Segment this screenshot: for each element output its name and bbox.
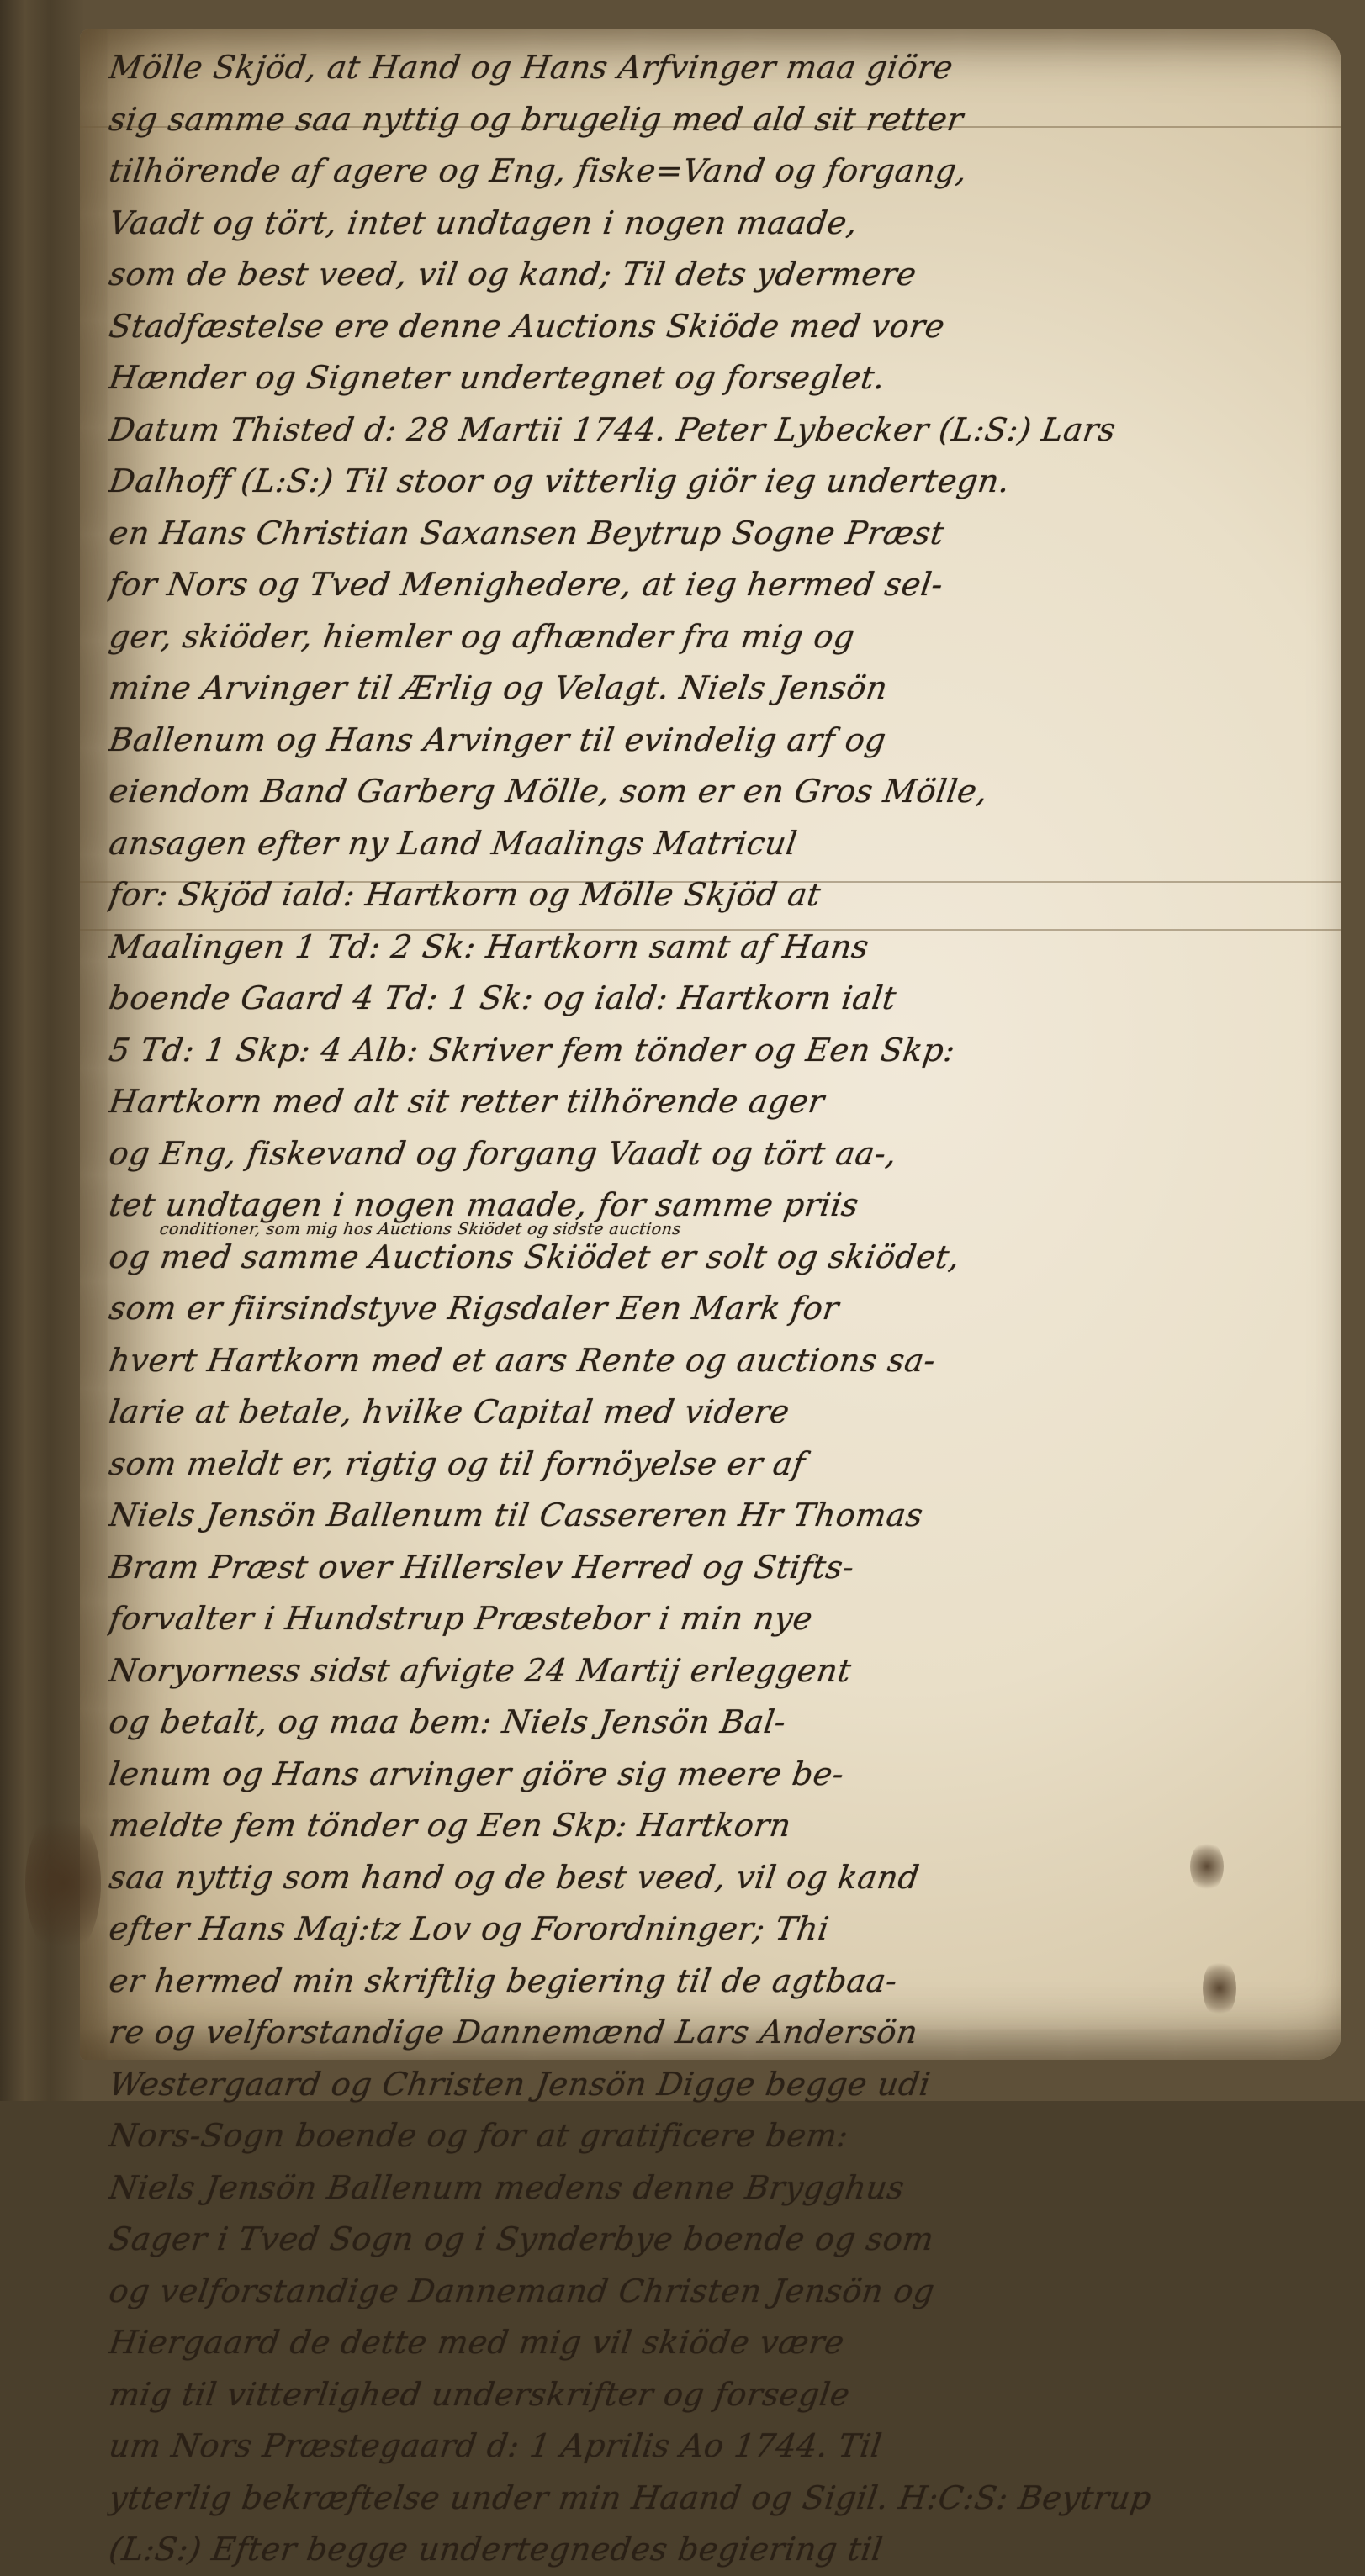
- text-line: Maalingen 1 Td: 2 Sk: Hartkorn samt af H…: [106, 921, 1350, 974]
- text-line: re og velforstandige Dannemænd Lars Ande…: [106, 2007, 1350, 2059]
- text-line: Noryorness sidst afvigte 24 Martij erleg…: [106, 1645, 1350, 1697]
- text-line: en Hans Christian Saxansen Beytrup Sogne…: [106, 508, 1350, 560]
- text-line: Datum Thisted d: 28 Martii 1744. Peter L…: [106, 404, 1350, 457]
- text-line: og Eng, fiskevand og forgang Vaadt og tö…: [106, 1128, 1350, 1180]
- text-line: tilhörende af agere og Eng, fiske=Vand o…: [106, 145, 1350, 198]
- text-line: Vaadt og tört, intet undtagen i nogen ma…: [106, 198, 1350, 250]
- text-line: 5 Td: 1 Skp: 4 Alb: Skriver fem tönder o…: [106, 1025, 1350, 1077]
- text-line: Niels Jensön Ballenum til Cassereren Hr …: [106, 1490, 1350, 1542]
- text-line: eiendom Band Garberg Mölle, som er en Gr…: [106, 766, 1350, 818]
- text-line: for: Skjöd iald: Hartkorn og Mölle Skjöd…: [106, 869, 1350, 921]
- text-line: som de best veed, vil og kand; Til dets …: [106, 249, 1350, 301]
- text-line: mine Arvinger til Ærlig og Velagt. Niels…: [106, 662, 1350, 715]
- text-line: som meldt er, rigtig og til fornöyelse e…: [106, 1438, 1350, 1491]
- text-line: saa nyttig som hand og de best veed, vil…: [106, 1852, 1350, 1904]
- text-line: hvert Hartkorn med et aars Rente og auct…: [106, 1335, 1350, 1387]
- text-line: og betalt, og maa bem: Niels Jensön Bal-: [106, 1697, 1350, 1749]
- text-line: sig samme saa nyttig og brugelig med ald…: [106, 94, 1350, 146]
- text-line: Westergaard og Christen Jensön Digge beg…: [106, 2059, 1350, 2102]
- text-line: boende Gaard 4 Td: 1 Sk: og iald: Hartko…: [106, 973, 1350, 1025]
- text-line: Mölle Skjöd, at Hand og Hans Arfvinger m…: [106, 42, 1350, 94]
- text-line: ger, skiöder, hiemler og afhænder fra mi…: [106, 611, 1350, 663]
- text-line: forvalter i Hundstrup Præstebor i min ny…: [106, 1593, 1350, 1645]
- text-line: lenum og Hans arvinger giöre sig meere b…: [106, 1749, 1350, 1801]
- text-line: Dalhoff (L:S:) Til stoor og vitterlig gi…: [106, 456, 1350, 508]
- text-line: er hermed min skriftlig begiering til de…: [106, 1956, 1350, 2008]
- text-line: som er fiirsindstyve Rigsdaler Een Mark …: [106, 1283, 1350, 1335]
- text-line: Hænder og Signeter undertegnet og forseg…: [106, 352, 1350, 404]
- text-line: ansagen efter ny Land Maalings Matricul: [106, 818, 1350, 870]
- text-line: Bram Præst over Hillerslev Herred og Sti…: [106, 1542, 1350, 1594]
- text-line: efter Hans Maj:tz Lov og Forordninger; T…: [106, 1903, 1350, 1956]
- text-line: Ballenum og Hans Arvinger til evindelig …: [106, 715, 1350, 767]
- handwritten-text: Mölle Skjöd, at Hand og Hans Arfvinger m…: [109, 42, 1346, 2101]
- text-line: larie at betale, hvilke Capital med vide…: [106, 1386, 1350, 1438]
- text-line: Stadfæstelse ere denne Auctions Skiöde m…: [106, 301, 1350, 353]
- text-line: for Nors og Tved Menighedere, at ieg her…: [106, 559, 1350, 611]
- text-line: Hartkorn med alt sit retter tilhörende a…: [106, 1076, 1350, 1128]
- text-line: og med samme Auctions Skiödet er solt og…: [106, 1232, 1350, 1284]
- ink-stain: [25, 1808, 101, 1959]
- text-line: meldte fem tönder og Een Skp: Hartkorn: [106, 1800, 1350, 1852]
